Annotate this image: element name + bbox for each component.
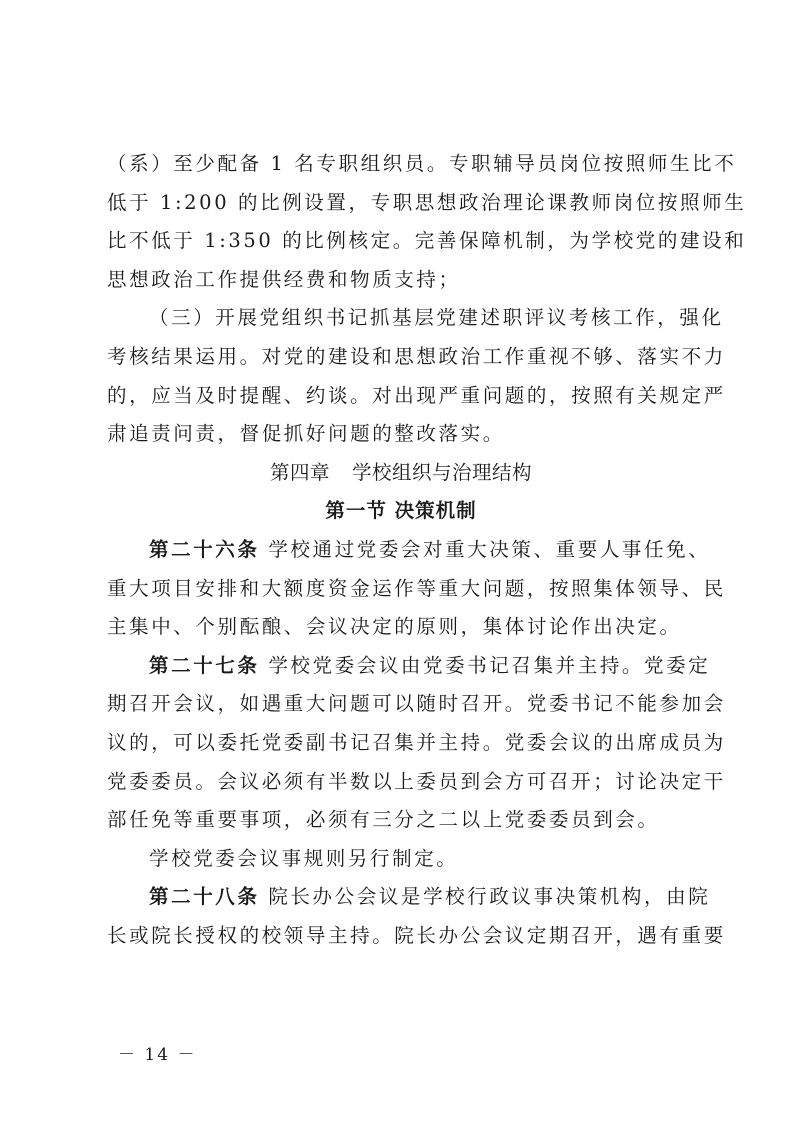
text-line: 期召开会议，如遇重大问题可以随时召开。党委书记不能参加会	[107, 685, 695, 724]
article-first-line: 第二十八条 院长办公会议是学校行政议事决策机构，由院	[107, 878, 695, 917]
text-line: 议的，可以委托党委副书记召集并主持。党委会议的出席成员为	[107, 724, 695, 763]
article-27: 第二十七条 学校党委会议由党委书记召集并主持。党委定 期召开会议，如遇重大问题可…	[107, 647, 695, 840]
text-line: 主集中、个别酝酿、会议决定的原则，集体讨论作出决定。	[107, 608, 695, 647]
text-line: （三）开展党组织书记抓基层党建述职评议考核工作，强化	[107, 299, 695, 338]
section-heading: 第一节 决策机制	[107, 492, 695, 531]
article-26: 第二十六条 学校通过党委会对重大决策、重要人事任免、 重大项目安排和大额度资金运…	[107, 531, 695, 647]
article-first-line: 第二十六条 学校通过党委会对重大决策、重要人事任免、	[107, 531, 695, 570]
article-text: 院长办公会议是学校行政议事决策机构，由院	[268, 885, 710, 908]
document-body: （系）至少配备 1 名专职组织员。专职辅导员岗位按照师生比不 低于 1:200 …	[107, 145, 695, 955]
continuation-paragraph: （系）至少配备 1 名专职组织员。专职辅导员岗位按照师生比不 低于 1:200 …	[107, 145, 695, 299]
article-28: 第二十八条 院长办公会议是学校行政议事决策机构，由院 长或院长授权的校领导主持。…	[107, 878, 695, 955]
page-number: － 14 －	[118, 1040, 196, 1065]
article-text: 学校党委会议由党委书记召集并主持。党委定	[268, 654, 710, 677]
text-line: 思想政治工作提供经费和物质支持；	[107, 261, 695, 300]
article-label: 第二十六条	[149, 538, 260, 561]
item-three-paragraph: （三）开展党组织书记抓基层党建述职评议考核工作，强化 考核结果运用。对党的建设和…	[107, 299, 695, 453]
text-line: （系）至少配备 1 名专职组织员。专职辅导员岗位按照师生比不	[107, 145, 695, 184]
chapter-title: 学校组织与治理结构	[352, 461, 532, 484]
text-line: 重大项目安排和大额度资金运作等重大问题，按照集体领导、民	[107, 570, 695, 609]
text-line: 部任免等重要事项，必须有三分之二以上党委委员到会。	[107, 801, 695, 840]
text-line: 考核结果运用。对党的建设和思想政治工作重视不够、落实不力	[107, 338, 695, 377]
text-line: 低于 1:200 的比例设置，专职思想政治理论课教师岗位按照师生	[107, 184, 695, 223]
text-line: 长或院长授权的校领导主持。院长办公会议定期召开，遇有重要	[107, 917, 695, 956]
article-label: 第二十七条	[149, 654, 260, 677]
text-line: 肃追责问责，督促抓好问题的整改落实。	[107, 415, 695, 454]
article-first-line: 第二十七条 学校党委会议由党委书记召集并主持。党委定	[107, 647, 695, 686]
article-label: 第二十八条	[149, 885, 260, 908]
text-line: 党委委员。会议必须有半数以上委员到会方可召开；讨论决定干	[107, 763, 695, 802]
chapter-number: 第四章	[270, 461, 330, 484]
text-line: 的，应当及时提醒、约谈。对出现严重问题的，按照有关规定严	[107, 377, 695, 416]
rules-note: 学校党委会议事规则另行制定。	[107, 840, 695, 879]
text-line: 比不低于 1:350 的比例核定。完善保障机制，为学校党的建设和	[107, 222, 695, 261]
chapter-heading: 第四章学校组织与治理结构	[107, 454, 695, 493]
article-text: 学校通过党委会对重大决策、重要人事任免、	[268, 538, 710, 561]
